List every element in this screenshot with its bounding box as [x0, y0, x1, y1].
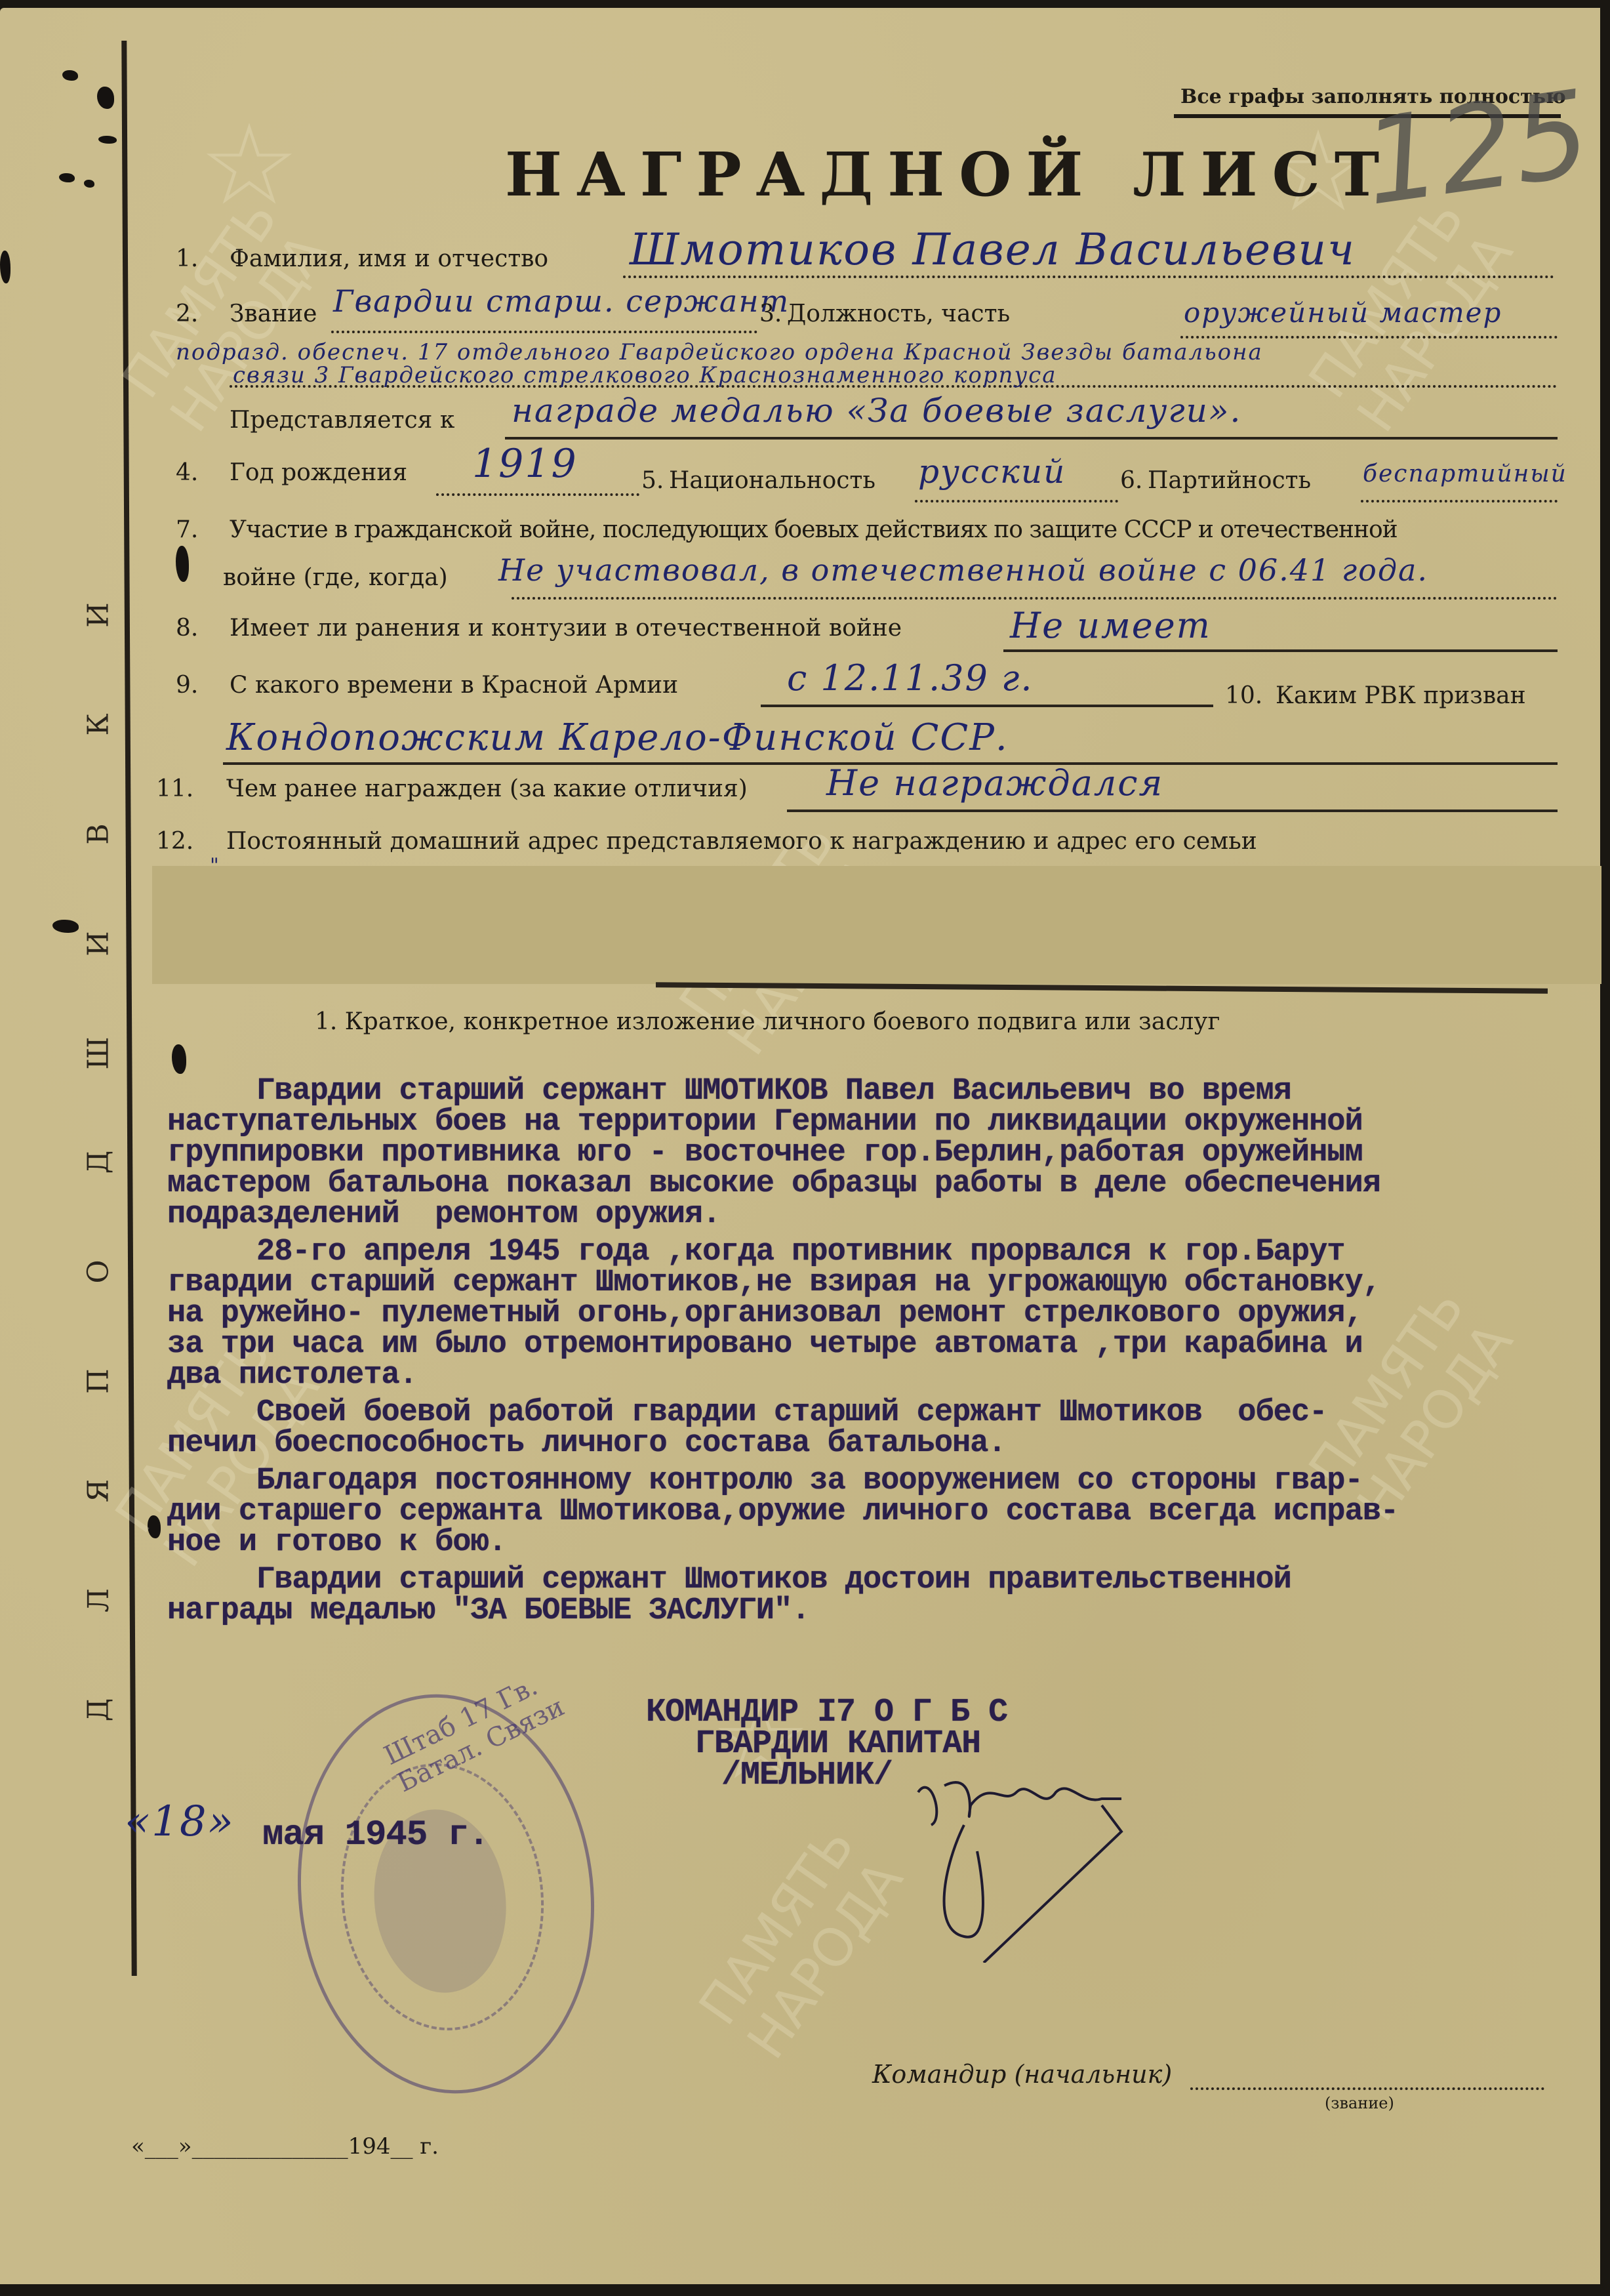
nominated-for-label: Представляется к	[230, 407, 454, 434]
footer-commander-line	[1190, 2087, 1544, 2090]
field-birth-year-value: 1919	[472, 441, 578, 487]
watermark-text: ПАМЯТЬНАРОДА	[688, 1817, 914, 2069]
field-draft-office-value: Кондопожским Карело-Финской ССР.	[226, 716, 1009, 759]
margin-binding-label: Д Л Я П О Д Ш И В К И	[79, 598, 118, 1727]
field-10-label: Каким РВК призван	[1276, 682, 1526, 709]
field-6-label: Партийность	[1148, 467, 1311, 494]
field-5-line	[915, 500, 1118, 502]
section-heading: 1. Краткое, конкретное изложение личного…	[315, 1008, 1220, 1035]
paper-hole	[172, 1044, 186, 1074]
field-3-line	[1180, 336, 1558, 338]
field-army-since-value: с 12.11.39 г.	[787, 657, 1034, 699]
field-4-line	[436, 493, 639, 496]
body-line: награды медалью "ЗА БОЕВЫЕ ЗАСЛУГИ".	[167, 1593, 809, 1628]
body-line: два пистолета.	[167, 1358, 417, 1393]
body-line: за три часа им было отремонтировано четы…	[167, 1327, 1363, 1362]
field-war-participation-value: Не участвовал, в отечественной войне с 0…	[498, 552, 1428, 588]
field-3-label: Должность, часть	[787, 300, 1010, 327]
field-6-number: 6.	[1120, 467, 1142, 494]
body-line: группировки противника юго - восточнее г…	[167, 1136, 1363, 1170]
field-full-name-value: Шмотиков Павел Васильевич	[630, 224, 1356, 275]
body-line: 28-го апреля 1945 года ,когда противник …	[167, 1235, 1345, 1269]
paper-hole	[98, 136, 117, 144]
field-9-label: С какого времени в Красной Армии	[230, 672, 678, 699]
field-nationality-value: русский	[918, 453, 1066, 491]
margin-letter: И	[82, 602, 115, 627]
nominated-for-value: награде медалью «За боевые заслуги».	[512, 392, 1241, 430]
binding-margin-rule	[121, 41, 136, 1976]
field-11-number: 11.	[156, 775, 193, 802]
paper-edge-tear	[0, 251, 10, 283]
field-1-number: 1.	[176, 245, 198, 272]
page-title: НАГРАДНОЙ ЛИСТ	[505, 139, 1394, 210]
margin-letter: В	[82, 823, 115, 844]
field-2-line	[331, 331, 757, 333]
field-previous-awards-value: Не награждался	[826, 762, 1163, 804]
field-11-line	[787, 810, 1558, 812]
body-line: мастером батальона показал высокие образ…	[167, 1166, 1380, 1201]
field-11-label: Чем ранее награжден (за какие отличия)	[226, 775, 748, 802]
footer-rank-hint: (звание)	[1325, 2094, 1394, 2112]
field-1-label: Фамилия, имя и отчество	[230, 245, 548, 272]
paper-hole	[62, 70, 78, 81]
field-9-line	[761, 705, 1213, 707]
redacted-address-block	[152, 866, 1601, 984]
body-line: подразделений ремонтом оружия.	[167, 1197, 720, 1232]
margin-letter: П	[82, 1369, 115, 1394]
body-line: наступательных боев на территории Герман…	[167, 1105, 1363, 1139]
margin-letter: И	[82, 931, 115, 956]
paper-hole	[97, 87, 114, 109]
paper-hole	[59, 173, 75, 182]
field-7-label: Участие в гражданской войне, последующих…	[230, 516, 1398, 543]
field-3-number: 3.	[759, 300, 782, 327]
field-1-line	[623, 276, 1554, 278]
official-stamp: Штаб 17 Гв. Батал. Связи	[278, 1679, 613, 2108]
body-line: гвардии старший сержант Шмотиков,не взир…	[167, 1265, 1380, 1300]
field-2-label: Звание	[230, 300, 317, 327]
signature-name: /МЕЛЬНИК/	[721, 1757, 893, 1794]
field-7-number: 7.	[176, 516, 198, 543]
margin-letter: О	[81, 1260, 115, 1284]
field-12-label: Постоянный домашний адрес представляемог…	[226, 828, 1257, 855]
field-5-number: 5.	[641, 467, 664, 494]
field-party-value: беспартийный	[1363, 461, 1567, 487]
date-day: «18»	[125, 1797, 235, 1846]
field-6-line	[1361, 500, 1558, 502]
field-7-line	[512, 597, 1558, 600]
margin-letter: Д	[82, 1698, 115, 1722]
body-line: Гвардии старший сержант Шмотиков достоин…	[167, 1563, 1291, 1597]
paper-hole	[176, 546, 189, 582]
date-month-year: мая 1945 г.	[262, 1815, 489, 1855]
field-10-number: 10.	[1225, 682, 1262, 709]
field-8-line	[1003, 649, 1558, 652]
footer-commander-label: Командир (начальник)	[872, 2060, 1172, 2089]
margin-letter: Д	[82, 1151, 115, 1174]
body-line: Гвардии старший сержант ШМОТИКОВ Павел В…	[167, 1074, 1291, 1109]
field-9-number: 9.	[176, 672, 198, 699]
paper-hole	[52, 920, 79, 933]
body-line: на ружейно- пулеметный огонь,организовал…	[167, 1296, 1363, 1331]
field-4-number: 4.	[176, 459, 198, 486]
body-line: дии старшего сержанта Шмотикова,оружие л…	[167, 1494, 1398, 1529]
paper-hole	[84, 180, 94, 188]
footer-date-template: «___»______________194__ г.	[131, 2133, 439, 2160]
field-8-label: Имеет ли ранения и контузии в отечествен…	[230, 615, 902, 642]
field-12-number: 12.	[156, 828, 193, 855]
field-8-number: 8.	[176, 615, 198, 642]
commander-signature	[905, 1766, 1246, 1963]
margin-letter: Л	[82, 1588, 115, 1612]
body-line: печил боеспособность личного состава бат…	[167, 1426, 1006, 1461]
field-position-value: оружейный мастер	[1184, 297, 1502, 329]
body-line: Благодаря постоянному контролю за вооруж…	[167, 1464, 1363, 1498]
field-7-label-continuation: войне (где, когда)	[223, 564, 448, 591]
margin-letter: Ш	[82, 1036, 115, 1069]
nominated-for-line	[505, 437, 1558, 440]
field-position-continuation-2: связи 3 Гвардейского стрелкового Красноз…	[233, 362, 1057, 388]
award-sheet-paper: Д Л Я П О Д Ш И В К И ☆ ☆ ☆ ПАМЯТЬНАРОДА…	[0, 8, 1600, 2284]
field-rank-value: Гвардии старш. сержант	[333, 283, 790, 319]
body-line: Своей боевой работой гвардии старший сер…	[167, 1395, 1327, 1430]
margin-letter: К	[82, 713, 115, 735]
body-line: ное и готово к бою.	[167, 1525, 506, 1560]
field-2-number: 2.	[176, 300, 198, 327]
field-5-label: Национальность	[669, 467, 875, 494]
field-4-label: Год рождения	[230, 459, 407, 486]
field-wounds-value: Не имеет	[1010, 605, 1211, 646]
field-position-continuation-1: подразд. обеспеч. 17 отдельного Гвардейс…	[176, 339, 1263, 365]
